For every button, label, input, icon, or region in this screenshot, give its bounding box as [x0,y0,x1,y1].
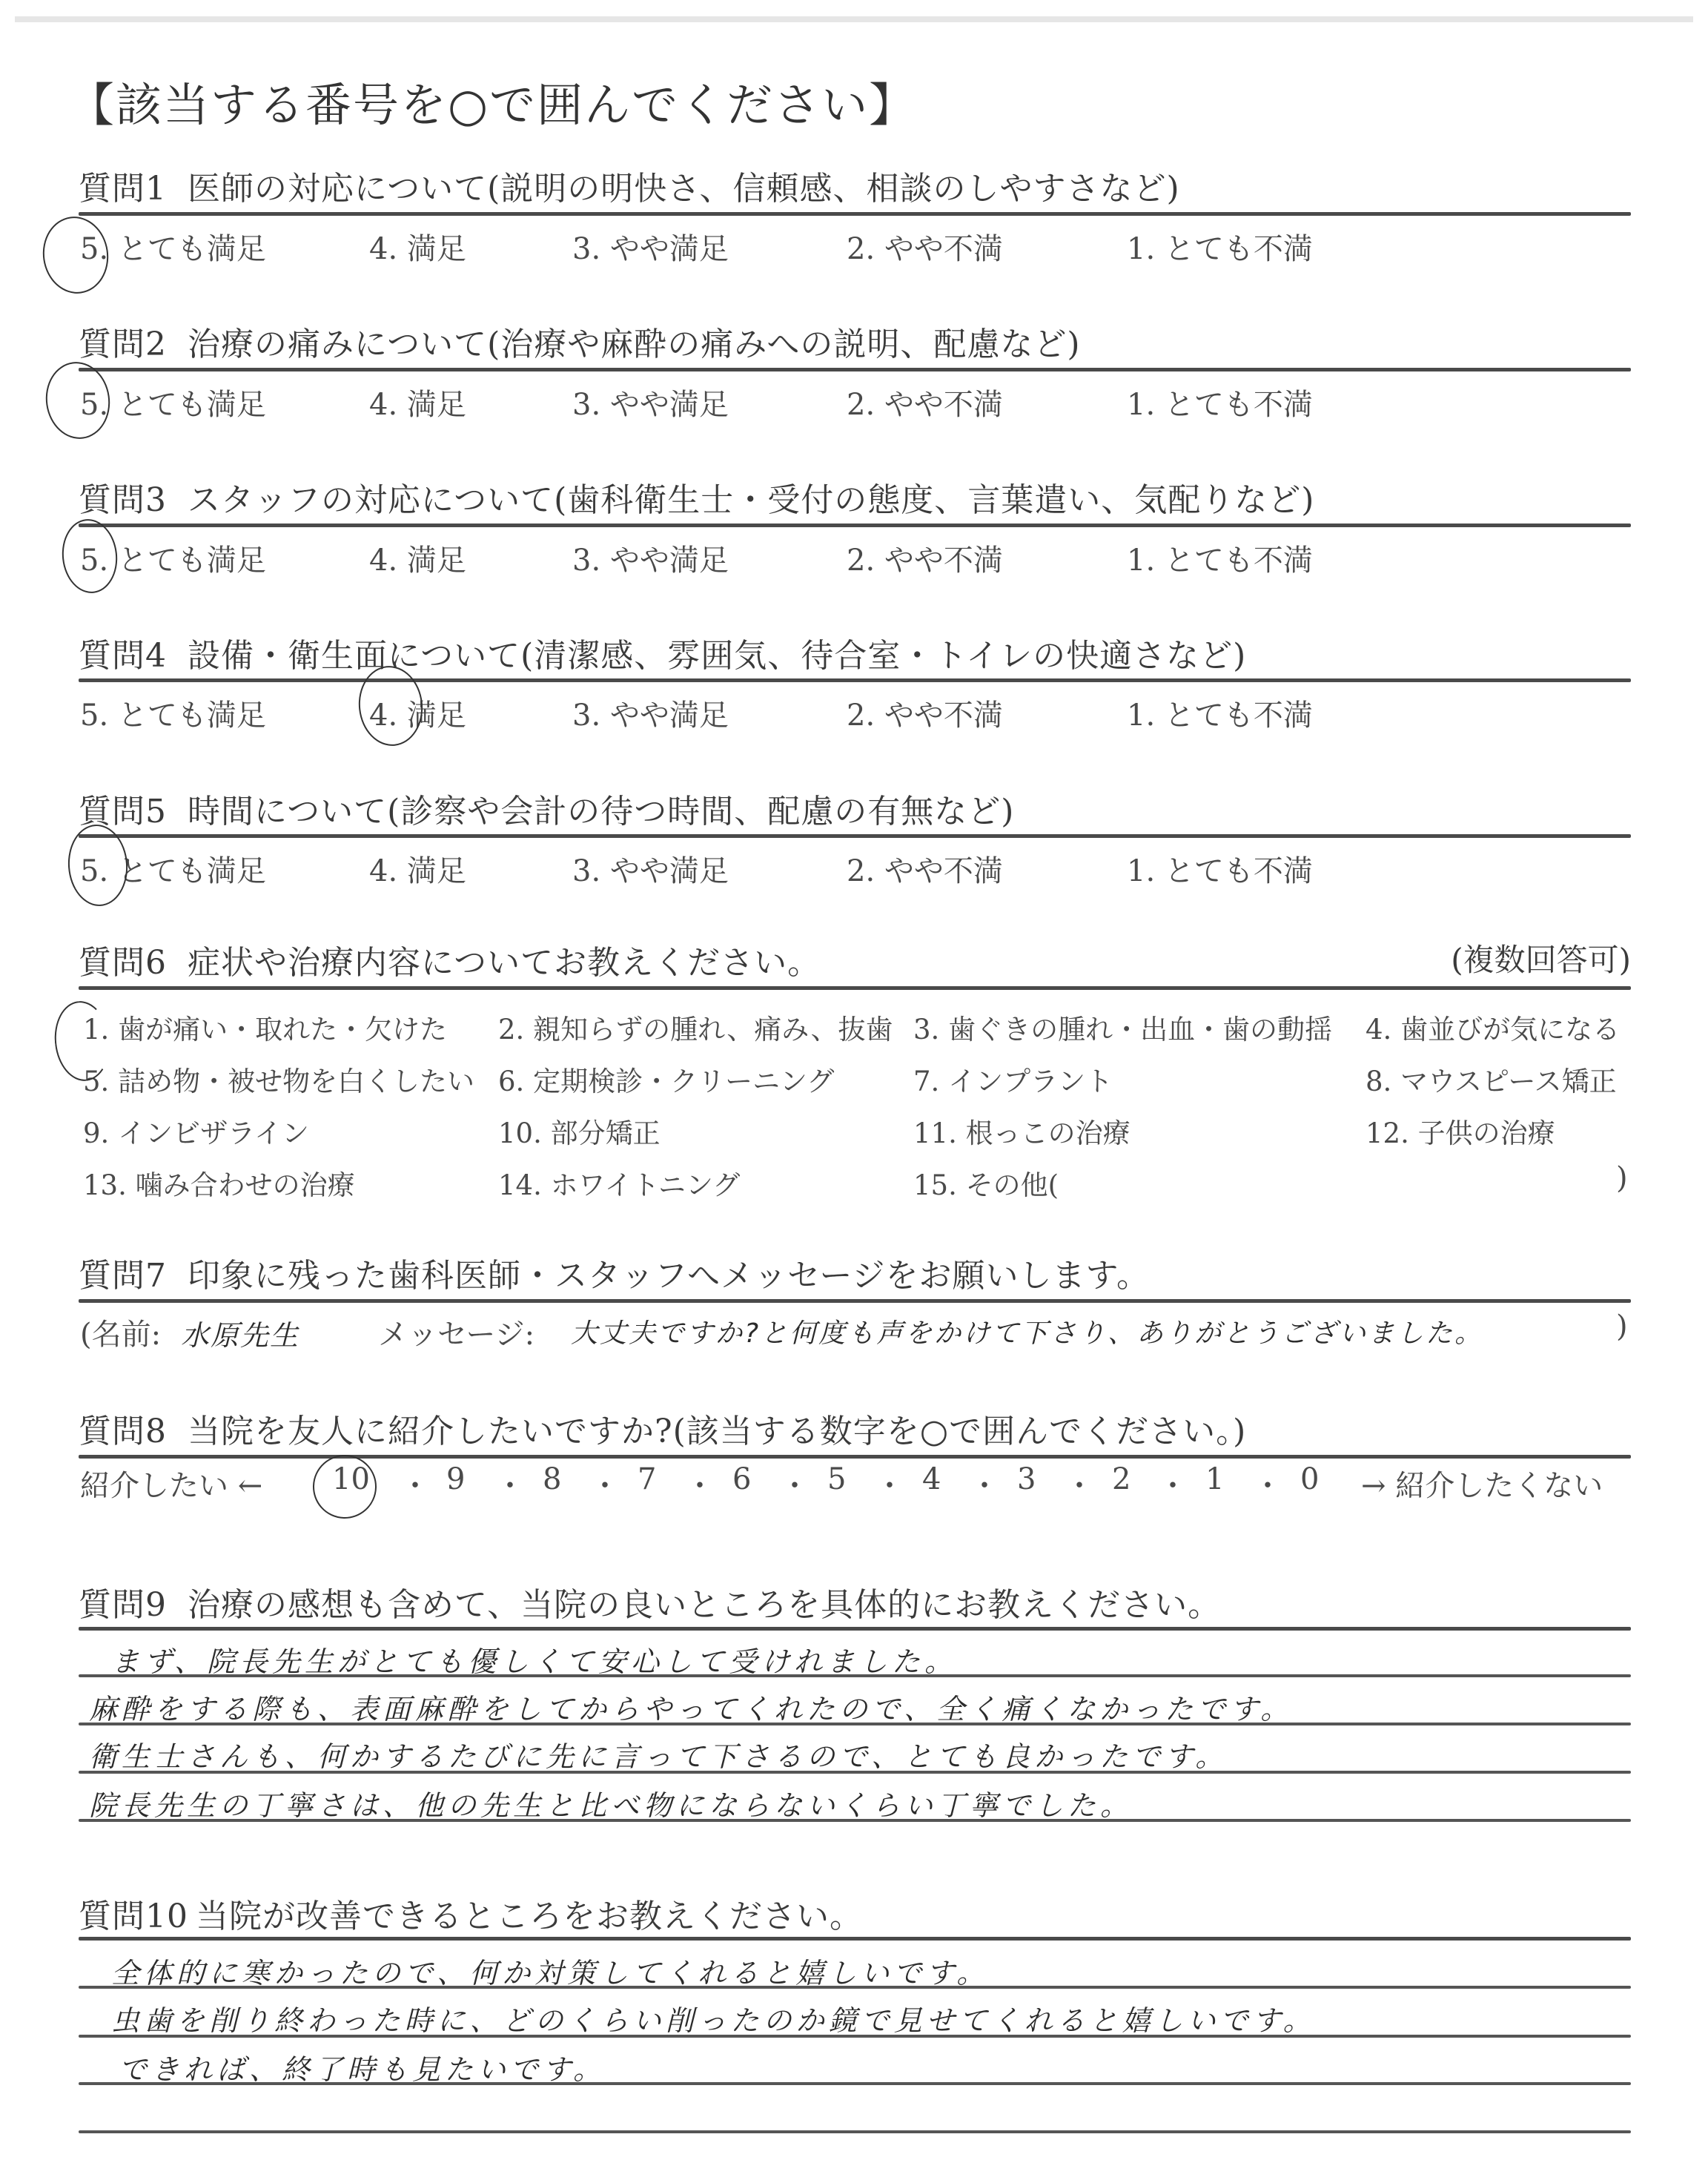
q8-score-7[interactable]: 7 [638,1462,656,1496]
question-1-rule [79,212,1631,216]
q1-option-3[interactable]: 3. やや満足 [572,225,729,268]
q7-name-label: (名前: [80,1311,161,1353]
q5-option-2[interactable]: 2. やや不満 [847,848,1003,890]
q6-item-6[interactable]: 6. 定期検診・クリーニング [498,1059,834,1099]
multiple-answers-note: (複数回答可) [1451,936,1631,980]
q7-message-label: メッセージ: [378,1311,534,1353]
q6-item-13[interactable]: 13. 噛み合わせの治療 [83,1163,355,1203]
q4-option-2[interactable]: 2. やや不満 [847,692,1003,734]
scan-top-edge [15,16,1693,22]
q5-option-4[interactable]: 4. 満足 [369,848,466,890]
q2-option-4[interactable]: 4. 満足 [369,381,466,423]
q4-option-5[interactable]: 5. とても満足 [80,692,266,734]
q8-dot: ・ [970,1462,999,1505]
q1-option-1[interactable]: 1. とても不満 [1127,225,1313,268]
q2-option-1[interactable]: 1. とても不満 [1127,381,1313,423]
question-3-heading: 質問3スタッフの対応について(歯科衛生士・受付の態度、言葉遣い、気配りなど) [79,473,1314,521]
question-7-heading: 質問7印象に残った歯科医師・スタッフへメッセージをお願いします。 [79,1249,1150,1296]
q9-writing-line [79,1771,1631,1774]
q5-option-3[interactable]: 3. やや満足 [572,848,729,890]
question-5-heading: 質問5時間について(診察や会計の待つ時間、配慮の有無など) [79,785,1014,832]
question-9-heading: 質問9治療の感想も含めて、当院の良いところを具体的にお教えください。 [79,1578,1221,1625]
q8-score-9[interactable]: 9 [446,1462,465,1496]
q8-dot: ・ [495,1462,525,1505]
q2-option-5[interactable]: 5. とても満足 [80,381,266,423]
q5-option-1[interactable]: 1. とても不満 [1127,848,1313,890]
q10-answer-line-1[interactable]: 全体的に寒かったので、何か対策してくれると嬉しいです。 [111,1950,989,1991]
q10-writing-line [79,2130,1631,2133]
question-1-heading: 質問1医師の対応について(説明の明快さ、信頼感、相談のしやすさなど) [79,162,1180,209]
question-10-heading: 質問10当院が改善できるところをお教えください。 [79,1889,863,1937]
q8-score-8[interactable]: 8 [543,1462,561,1496]
q7-message-value[interactable]: 大丈夫ですか?と何度も声をかけて下さり、ありがとうございました。 [571,1312,1483,1350]
q6-item-15[interactable]: 15. その他( [913,1163,1059,1203]
q4-option-4[interactable]: 4. 満足 [369,692,466,734]
q8-score-10[interactable]: 10 [332,1462,370,1496]
q8-left-label: 紹介したい ← [80,1462,262,1505]
q8-score-0[interactable]: 0 [1300,1462,1319,1496]
q1-option-4[interactable]: 4. 満足 [369,225,466,268]
q9-answer-line-4[interactable]: 院長先生の丁寧さは、他の先生と比べ物にならないくらい丁寧でした。 [89,1783,1133,1823]
q6-item-8[interactable]: 8. マウスピース矯正 [1366,1059,1617,1099]
q9-writing-line [79,1723,1631,1725]
q9-answer-line-1[interactable]: まず、院長先生がとても優しくて安心して受けれました。 [111,1639,957,1680]
question-9-rule [79,1627,1631,1631]
q8-score-2[interactable]: 2 [1112,1462,1131,1496]
question-2-heading: 質問2治療の痛みについて(治療や麻酔の痛みへの説明、配慮など) [79,317,1081,365]
question-6-rule [79,986,1631,990]
q4-option-3[interactable]: 3. やや満足 [572,692,729,734]
q3-option-5[interactable]: 5. とても満足 [80,537,266,579]
q8-dot: ・ [685,1462,715,1505]
q6-item-9[interactable]: 9. インビザライン [83,1111,309,1151]
question-8-heading: 質問8当院を友人に紹介したいですか?(該当する数字を○で囲んでください。) [79,1404,1246,1452]
q6-item-2[interactable]: 2. 親知らずの腫れ、痛み、抜歯 [498,1007,893,1047]
q8-dot: ・ [590,1462,620,1505]
q6-item-3[interactable]: 3. 歯ぐきの腫れ・出血・歯の動揺 [913,1007,1332,1047]
q3-option-3[interactable]: 3. やや満足 [572,537,729,579]
q3-option-4[interactable]: 4. 満足 [369,537,466,579]
q8-dot: ・ [1158,1462,1188,1505]
q8-dot: ・ [780,1462,810,1505]
q3-option-2[interactable]: 2. やや不満 [847,537,1003,579]
q6-item-5[interactable]: 5. 詰め物・被せ物を白くしたい [83,1059,474,1099]
q7-name-value[interactable]: 水原先生 [181,1312,299,1353]
q2-option-2[interactable]: 2. やや不満 [847,381,1003,423]
q6-item-1[interactable]: 1. 歯が痛い・取れた・欠けた [83,1007,447,1047]
question-4-rule [79,678,1631,682]
q8-dot: ・ [1065,1462,1094,1505]
q5-option-5[interactable]: 5. とても満足 [80,848,266,890]
q10-writing-line [79,1986,1631,1989]
q8-score-3[interactable]: 3 [1017,1462,1036,1496]
q6-item-11[interactable]: 11. 根っこの治療 [913,1111,1131,1151]
question-8-rule [79,1455,1631,1459]
q9-answer-line-2[interactable]: 麻酔をする際も、表面麻酔をしてからやってくれたので、全く痛くなかったです。 [89,1686,1293,1727]
q8-dot: ・ [1253,1462,1282,1505]
q8-dot: ・ [875,1462,904,1505]
q6-item-4[interactable]: 4. 歯並びが気になる [1366,1007,1620,1047]
q8-score-5[interactable]: 5 [827,1462,846,1496]
q9-writing-line [79,1819,1631,1822]
q3-option-1[interactable]: 1. とても不満 [1127,537,1313,579]
question-4-heading: 質問4設備・衛生面について(清潔感、雰囲気、待合室・トイレの快適さなど) [79,629,1246,676]
q6-item-14[interactable]: 14. ホワイトニング [498,1163,740,1203]
q7-close-paren: ) [1616,1309,1628,1344]
q2-option-3[interactable]: 3. やや満足 [572,381,729,423]
page-title: 【該当する番号を○で囲んでください】 [68,68,916,134]
q6-item-12[interactable]: 12. 子供の治療 [1366,1111,1555,1151]
q10-answer-line-2[interactable]: 虫歯を削り終わった時に、どのくらい削ったのか鏡で見せてくれると嬉しいです。 [111,1998,1316,2038]
q10-answer-line-3[interactable]: できれば、終了時も見たいです。 [119,2047,606,2087]
question-6-heading: 質問6症状や治療内容についてお教えください。 [79,936,821,983]
question-10-rule [79,1937,1631,1941]
q9-writing-line [79,1674,1631,1677]
q8-score-1[interactable]: 1 [1205,1462,1224,1496]
q10-writing-line [79,2082,1631,2085]
question-7-rule [79,1299,1631,1303]
q1-option-5[interactable]: 5. とても満足 [80,225,266,268]
question-3-rule [79,524,1631,527]
q4-option-1[interactable]: 1. とても不満 [1127,692,1313,734]
q8-dot: ・ [400,1462,430,1505]
q6-item-7[interactable]: 7. インプラント [913,1059,1113,1099]
q10-writing-line [79,2035,1631,2038]
q6-item-10[interactable]: 10. 部分矯正 [498,1111,661,1151]
q8-score-6[interactable]: 6 [732,1462,751,1496]
question-5-rule [79,834,1631,838]
q6-other-close-paren: ) [1616,1161,1628,1195]
q9-answer-line-3[interactable]: 衛生士さんも、何かするたびに先に言って下さるので、とても良かったです。 [89,1734,1228,1774]
q8-right-label: → 紹介したくない [1361,1462,1603,1505]
q8-score-4[interactable]: 4 [922,1462,941,1496]
question-2-rule [79,368,1631,371]
q1-option-2[interactable]: 2. やや不満 [847,225,1003,268]
